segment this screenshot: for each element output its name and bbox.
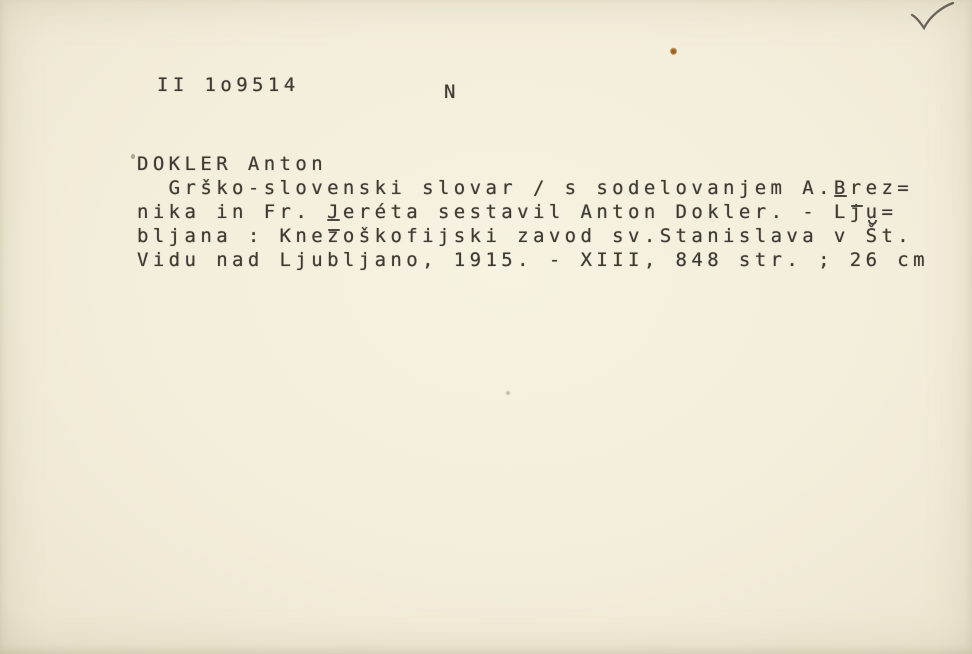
ink-speck-gray [505, 390, 511, 396]
catalog-line: Vidu nad Ljubljano, 1915. - XIII, 848 st… [137, 248, 929, 272]
catalog-line: DOKLER Anton [137, 152, 929, 176]
corrected-char: z [327, 225, 343, 247]
corrected-char: j [850, 201, 866, 223]
catalog-line: bljana : Knezoškofijski zavod sv.Stanisl… [137, 224, 929, 248]
call-number: II 1o9514 [157, 73, 300, 97]
typed-text: nika in Fr. [137, 201, 327, 223]
typed-text: bljana : Kne [137, 225, 327, 247]
catalog-card: II 1o9514 N DOKLER Anton Grško-slovenski… [0, 0, 972, 654]
checkmark-icon [905, 0, 961, 34]
typed-text: Grško-slovenski slovar / s sodelovanjem … [137, 177, 834, 199]
typed-text: eréta sestavil Anton Dokler. - L [343, 201, 850, 223]
corrected-char: u [866, 201, 882, 223]
typed-text: Vidu nad Ljubljano, 1915. - XIII, 848 st… [137, 249, 929, 271]
corrected-char: B [834, 177, 850, 199]
typed-text: DOKLER Anton [137, 153, 327, 175]
typed-text: rez= [850, 177, 913, 199]
catalog-line: nika in Fr. Jeréta sestavil Anton Dokler… [137, 200, 929, 224]
ink-speck-orange [670, 47, 677, 55]
typed-text: = [881, 201, 897, 223]
corrected-char: J [327, 201, 343, 223]
section-letter: N [444, 80, 460, 104]
catalog-line: Grško-slovenski slovar / s sodelovanjem … [137, 176, 929, 200]
typed-text: oškofijski zavod sv.Stanislava v Št. [343, 225, 913, 247]
ink-speck-tiny [131, 154, 135, 159]
catalog-text: DOKLER Anton Grško-slovenski slovar / s … [137, 152, 929, 272]
